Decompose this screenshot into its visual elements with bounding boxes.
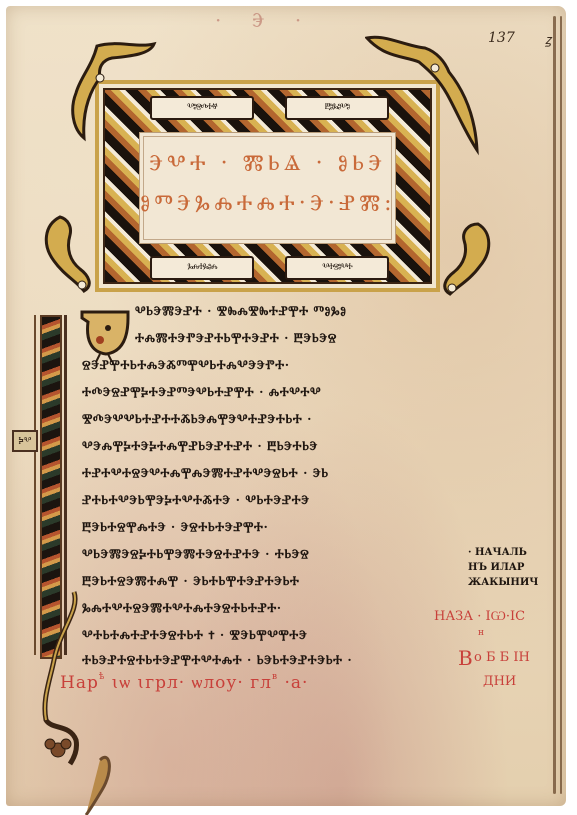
- text-line-7: ⰀⰐⰀⰂⰀⰔⰅⰂⰀⰎⰉⰎⰅⰏⰀⰐⰀⰂⰅⰔⰓⰀ · ⰅⰓ: [82, 465, 329, 487]
- margin-note-line: НЪ ИЛАР: [468, 560, 548, 575]
- margin-note-dark: · НАЧАЛЬ НЪ ИЛАР ЖАКЫНИЧ: [468, 545, 548, 590]
- page-edge-line: [560, 16, 562, 794]
- cartouche-top-left: ⰲⱁⱄⰴⰰⱍ: [150, 96, 254, 120]
- headpiece-title-panel: ⰅⰂⰀ · ⰏⰓⰡ · ⰑⰓⰅ ⰑⰕⰅⰃⰎⰀⰎⰀ·Ⰵ·ⰐⰏ:: [139, 132, 396, 244]
- tail-flourish-icon: [30, 590, 130, 815]
- headpiece-title-line-2: ⰑⰕⰅⰃⰎⰀⰎⰀ·Ⰵ·ⰐⰏ:: [140, 191, 395, 216]
- cartouche-bottom-left: ⰳⰾⰰⰳⱁⰾ: [150, 256, 254, 280]
- text-line-4: ⰀⰄⰅⰔⰐⰉⰍⰀⰅⰐⰕⰅⰂⰓⰀⰐⰉⰀ · ⰎⰀⰂⰀⰂ: [82, 384, 321, 406]
- tendril-bottom-left-icon: [40, 215, 100, 295]
- margin-note-red: В: [458, 646, 473, 670]
- margin-note-red: о Б Б ІН: [474, 650, 530, 665]
- rubric-segment: ѡлоу·: [192, 673, 244, 693]
- text-line-2: ⰀⰎⰏⰀⰅⰒⰅⰐⰀⰓⰉⰀⰅⰐⰀ · ⰁⰅⰓⰅⰔ: [135, 330, 337, 352]
- top-margin-note: · Ⰵ ·: [215, 8, 313, 32]
- rubric-superscript: в: [272, 672, 278, 682]
- text-line-9: ⰁⰅⰓⰀⰔⰉⰎⰀⰅ · ⰅⰔⰀⰓⰀⰅⰐⰉⰀ·: [82, 519, 268, 541]
- folio-mark: ꙁ: [545, 30, 551, 48]
- rubric-segment: ꙇгрл·: [138, 673, 186, 693]
- rubric-segment: ·а·: [284, 673, 308, 693]
- page-edge-line: [553, 16, 556, 794]
- text-line-3: ⰔⰅⰐⰉⰀⰓⰀⰎⰅⰆⰕⰉⰂⰓⰀⰎⰂⰅⰅⰒⰀ·: [82, 357, 290, 379]
- side-tab-label: ⰍⰂ: [12, 430, 38, 452]
- tendril-bottom-right-icon: [438, 222, 493, 297]
- headpiece-title-line-1: ⰅⰂⰀ · ⰏⰓⰡ · ⰑⰓⰅ: [140, 151, 395, 176]
- margin-note-line: · НАЧАЛЬ: [468, 545, 548, 560]
- margin-note-red: НАЗА · ІѠ·ІС: [434, 608, 525, 624]
- decorated-initial-icon: [78, 308, 132, 364]
- margin-note-red: ДНИ: [483, 674, 516, 689]
- margin-note-red: н: [478, 628, 484, 638]
- text-line-6: ⰂⰅⰎⰉⰍⰀⰅⰍⰀⰎⰉⰐⰓⰅⰐⰀⰐⰀ · ⰁⰓⰅⰀⰓⰅ: [82, 438, 318, 460]
- tendril-top-left-icon: [62, 38, 157, 158]
- folio-number: 137: [488, 30, 515, 46]
- text-line-5: ⰊⰄⰅⰂⰂⰓⰀⰐⰀⰀⰆⰓⰅⰎⰉⰅⰂⰀⰐⰅⰀⰓⰀ ·: [82, 411, 312, 433]
- text-line-1: ⰂⰓⰅⰏⰅⰐⰀ · ⰊⰈⰎⰊⰈⰀⰐⰉⰀ ⰕⰑⰃⰑ: [135, 303, 346, 325]
- text-line-10: ⰂⰓⰅⰏⰅⰔⰍⰀⰓⰉⰅⰏⰀⰅⰔⰀⰐⰀⰅ · ⰀⰓⰅⰔ: [82, 546, 309, 568]
- margin-note-line: ЖАКЫНИЧ: [468, 575, 548, 590]
- tendril-top-right-icon: [365, 32, 490, 157]
- text-line-8: ⰐⰀⰓⰀⰂⰅⰓⰉⰅⰍⰀⰂⰀⰆⰀⰅ · ⰂⰓⰀⰅⰐⰀⰅ: [82, 492, 310, 514]
- rubric-segment: гл: [250, 673, 272, 693]
- cartouche-bottom-right: ⰲⰰⱄⱁⰲⰰ: [285, 256, 389, 280]
